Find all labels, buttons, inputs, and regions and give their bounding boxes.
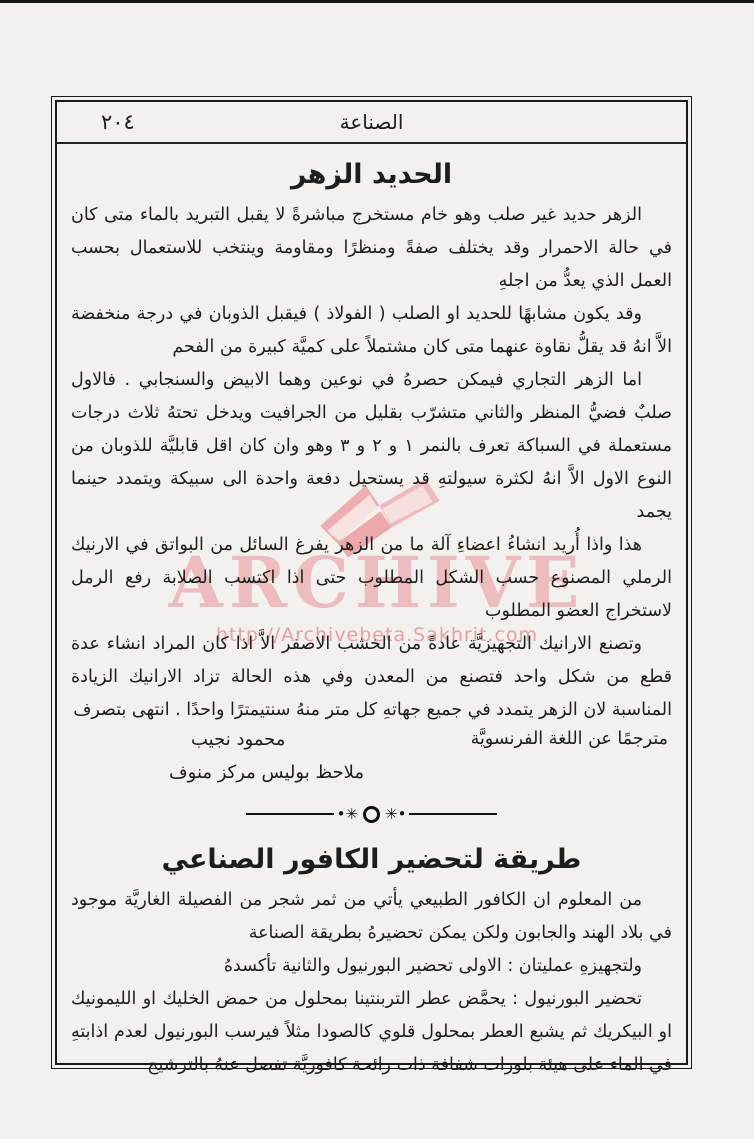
- article-body: الزهر حديد غير صلب وهو خام مستخرج مباشرة…: [71, 199, 672, 727]
- section-divider: •✳ ✳•: [71, 799, 672, 829]
- journal-title: الصناعة: [71, 110, 672, 134]
- scanned-magazine-page: ARCHIVE http://Archivebeta.Sakhrit.com ا…: [0, 0, 754, 1139]
- paragraph: من المعلوم ان الكافور الطبيعي يأتي من ثم…: [71, 884, 672, 950]
- paragraph: هذا واذا أُريد انشاءُ اعضاءِ آلة ما من ا…: [71, 529, 672, 628]
- article-artificial-camphor: طريقة لتحضير الكافور الصناعي من المعلوم …: [71, 844, 672, 1082]
- paragraph: ولتجهيزهِ عمليتان : الاولى تحضير البورني…: [71, 950, 672, 983]
- divider-line: [409, 813, 497, 815]
- paragraph: اما الزهر التجاري فيمكن حصرهُ في نوعين و…: [71, 364, 672, 529]
- author-name: محمود نجيب: [191, 729, 285, 750]
- paragraph: وتصنع الارانيك التجهيزيَّة عادةً من الخش…: [71, 628, 672, 727]
- header-rule: [57, 142, 686, 144]
- author-role: ملاحظ بوليس مركز منوف: [169, 762, 364, 783]
- divider-ornament-icon: •✳: [334, 807, 361, 822]
- page-number: ٢٠٤: [101, 110, 135, 134]
- divider-ornament-icon: ✳•: [382, 807, 409, 822]
- article-title: الحديد الزهر: [71, 159, 672, 190]
- translator-note: مترجمًا عن اللغة الفرنسويَّة: [471, 729, 668, 749]
- article-body: من المعلوم ان الكافور الطبيعي يأتي من ثم…: [71, 884, 672, 1082]
- divider-circle-icon: [363, 806, 380, 823]
- paragraph: تحضير البورنيول : يحمَّض عطر التربنتينا …: [71, 983, 672, 1082]
- article-title: طريقة لتحضير الكافور الصناعي: [71, 844, 672, 875]
- paragraph: الزهر حديد غير صلب وهو خام مستخرج مباشرة…: [71, 199, 672, 298]
- running-head: الصناعة ٢٠٤: [71, 102, 672, 142]
- page-border-frame: الصناعة ٢٠٤ الحديد الزهر الزهر حديد غير …: [55, 100, 688, 1065]
- divider-line: [246, 813, 334, 815]
- article-cast-iron: الحديد الزهر الزهر حديد غير صلب وهو خام …: [71, 159, 672, 795]
- signature-block: مترجمًا عن اللغة الفرنسويَّة محمود نجيب …: [71, 729, 672, 795]
- paragraph: وقد يكون مشابهًا للحديد او الصلب ( الفول…: [71, 298, 672, 364]
- scan-edge-line: [0, 0, 754, 3]
